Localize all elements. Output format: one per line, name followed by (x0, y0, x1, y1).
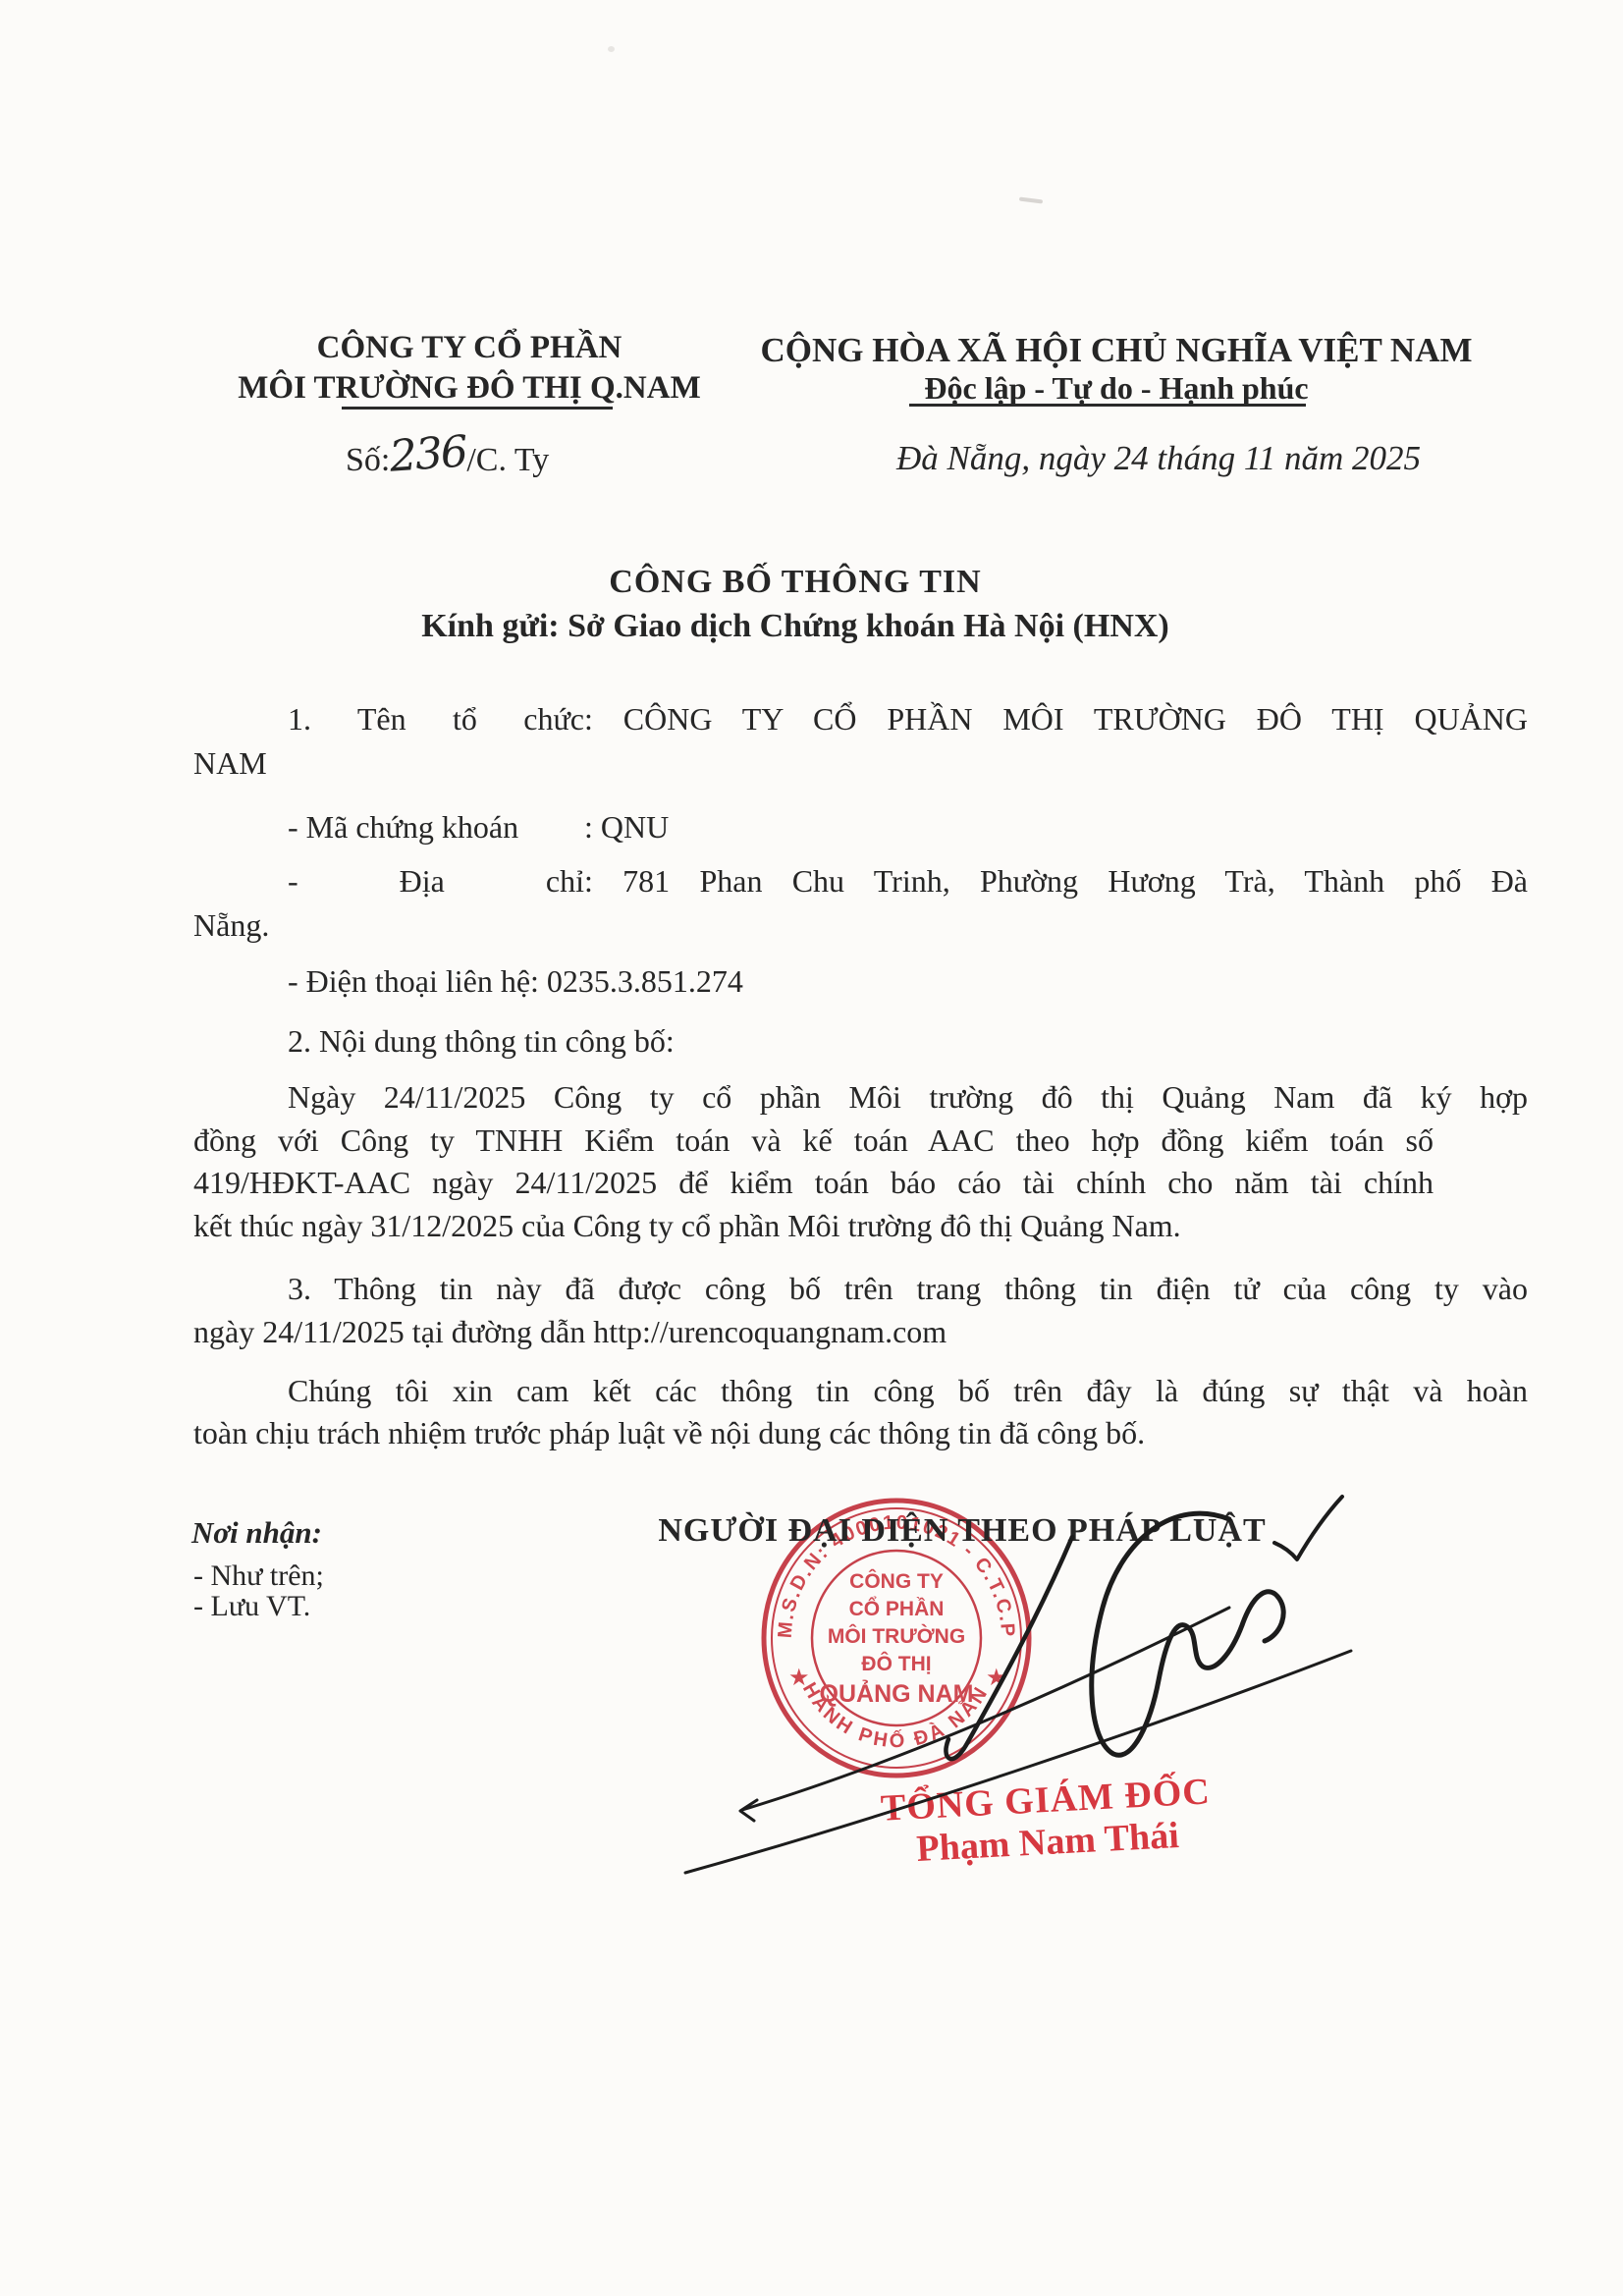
document-recipient-line: Kính gửi: Sở Giao dịch Chứng khoán Hà Nộ… (177, 608, 1414, 645)
national-motto-line2: Độc lập - Tự do - Hạnh phúc (743, 369, 1489, 407)
signature-descender-stroke (946, 1537, 1072, 1759)
body-line-item1: 1. Tên tổ chức: CÔNG TY CỔ PHẦN MÔI TRƯỜ… (193, 699, 1528, 738)
place-date-line: Đà Nẵng, ngày 24 tháng 11 năm 2025 (844, 439, 1473, 478)
item1-label: 1. Tên tổ chức (288, 699, 584, 738)
motto-underline (909, 404, 1306, 407)
body-line-item3: - Địa chỉ: 781 Phan Chu Trinh, Phường Hư… (193, 861, 1528, 901)
paragraph3-line2: ngày 24/11/2025 tại đường dẫn http://ure… (193, 1312, 1434, 1351)
scanned-document-page: CÔNG TY CỔ PHẦN MÔI TRƯỜNG ĐÔ THỊ Q.NAM … (0, 0, 1623, 2296)
item1-value: : CÔNG TY CỔ PHẦN MÔI TRƯỜNG ĐÔ THỊ QUẢN… (584, 701, 1528, 737)
issuer-name-line2: MÔI TRƯỜNG ĐÔ THỊ Q.NAM (218, 368, 721, 409)
issuer-block: CÔNG TY CỔ PHẦN MÔI TRƯỜNG ĐÔ THỊ Q.NAM (218, 328, 721, 409)
signature-sweep-lower-stroke (685, 1651, 1351, 1873)
issuer-underline (342, 407, 613, 410)
paragraph3-line1: 3. Thông tin này đã được công bố trên tr… (193, 1269, 1528, 1308)
item3-label: - Địa chỉ (288, 861, 584, 901)
body-line-item3-wrap: Nẵng. (193, 905, 1434, 945)
scan-speck (1019, 197, 1043, 204)
document-number-prefix: Số: (346, 442, 390, 478)
national-header-block: CỘNG HÒA XÃ HỘI CHỦ NGHĨA VIỆT NAM Độc l… (743, 332, 1489, 407)
recipient-item: - Lưu VT. (193, 1590, 310, 1623)
body-line-item2: - Mã chứng khoán: QNU (193, 807, 1528, 847)
item2-label: - Mã chứng khoán (288, 807, 584, 847)
handwritten-signature (628, 1468, 1443, 1900)
paragraph2-line3: 419/HĐKT-AAC ngày 24/11/2025 để kiểm toá… (193, 1163, 1434, 1202)
document-number: Số:236/C. Ty (346, 440, 549, 479)
paragraph4-line1: Chúng tôi xin cam kết các thông tin công… (193, 1371, 1528, 1410)
signature-tick-stroke (1274, 1497, 1342, 1559)
recipients-title: Nơi nhận: (191, 1515, 322, 1551)
issuer-name-line1: CÔNG TY CỔ PHẦN (218, 328, 721, 368)
paragraph2-line2: đồng với Công ty TNHH Kiểm toán và kế to… (193, 1121, 1434, 1160)
scan-speck (608, 46, 615, 52)
item2-value: : QNU (584, 809, 669, 845)
recipient-item: - Như trên; (193, 1559, 324, 1593)
national-motto-line1: CỘNG HÒA XÃ HỘI CHỦ NGHĨA VIỆT NAM (743, 332, 1489, 369)
paragraph2-line4: kết thúc ngày 31/12/2025 của Công ty cổ … (193, 1206, 1434, 1245)
item3-value: : 781 Phan Chu Trinh, Phường Hương Trà, … (584, 863, 1528, 899)
document-number-suffix: /C. Ty (466, 442, 549, 478)
signature-monogram-stroke (1092, 1513, 1283, 1755)
paragraph4-line2: toàn chịu trách nhiệm trước pháp luật về… (193, 1413, 1434, 1452)
document-number-handwritten: 236 (389, 435, 467, 473)
document-title: CÔNG BỐ THÔNG TIN (177, 564, 1414, 601)
paragraph2-line1: Ngày 24/11/2025 Công ty cổ phần Môi trườ… (193, 1077, 1528, 1117)
body-line-item1-wrap: NAM (193, 743, 1434, 783)
body-line-section2: 2. Nội dung thông tin công bố: (193, 1021, 1528, 1061)
body-line-phone: - Điện thoại liên hệ: 0235.3.851.274 (193, 961, 1528, 1001)
